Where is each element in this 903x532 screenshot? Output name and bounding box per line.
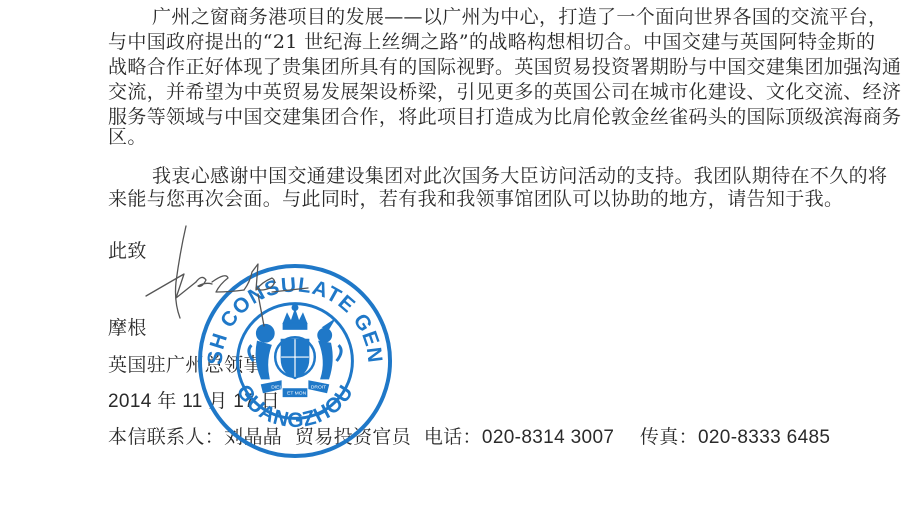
handwritten-signature: [140, 222, 310, 332]
stamp-motto-right: DROIT: [311, 385, 326, 391]
paragraph-1-line-1: 广州之窗商务港项目的发展——以广州为中心，打造了一个面向世界各国的交流平台，: [152, 6, 887, 28]
paragraph-2-line-2: 来能与您再次会面。与此同时，若有我和我领事馆团队可以协助的地方，请告知于我。: [108, 188, 843, 210]
paragraph-1-line-3: 战略合作正好体现了贵集团所具有的国际视野。英国贸易投资署期盼与中国交建集团加强沟…: [108, 56, 901, 78]
stamp-motto-left: DIEU: [271, 385, 283, 391]
fax-number: 020-8333 6485: [698, 427, 830, 448]
paragraph-1-line-4: 交流，并希望为中英贸易发展架设桥梁，引见更多的英国公司在城市化建设、文化交流、经…: [108, 81, 901, 103]
paragraph-2-line-1: 我衷心感谢中国交通建设集团对此次国务大臣访问活动的支持。我团队期待在不久的将: [152, 165, 887, 187]
paragraph-1-line-5: 服务等领域与中国交建集团合作，将此项目打造成为比肩伦敦金丝雀码头的国际顶级滨海商…: [108, 106, 901, 128]
paragraph-1-line-2: 与中国政府提出的“21 世纪海上丝绸之路”的战略构想相切合。中国交建与英国阿特金…: [108, 31, 875, 53]
stamp-ribbon-text: ET MON: [287, 391, 307, 397]
fax-label: 传真：: [640, 426, 698, 448]
paragraph-1-line-6: 区。: [108, 126, 147, 148]
phone-label: 电话：: [424, 426, 482, 448]
phone-number: 020-8314 3007: [482, 427, 614, 448]
